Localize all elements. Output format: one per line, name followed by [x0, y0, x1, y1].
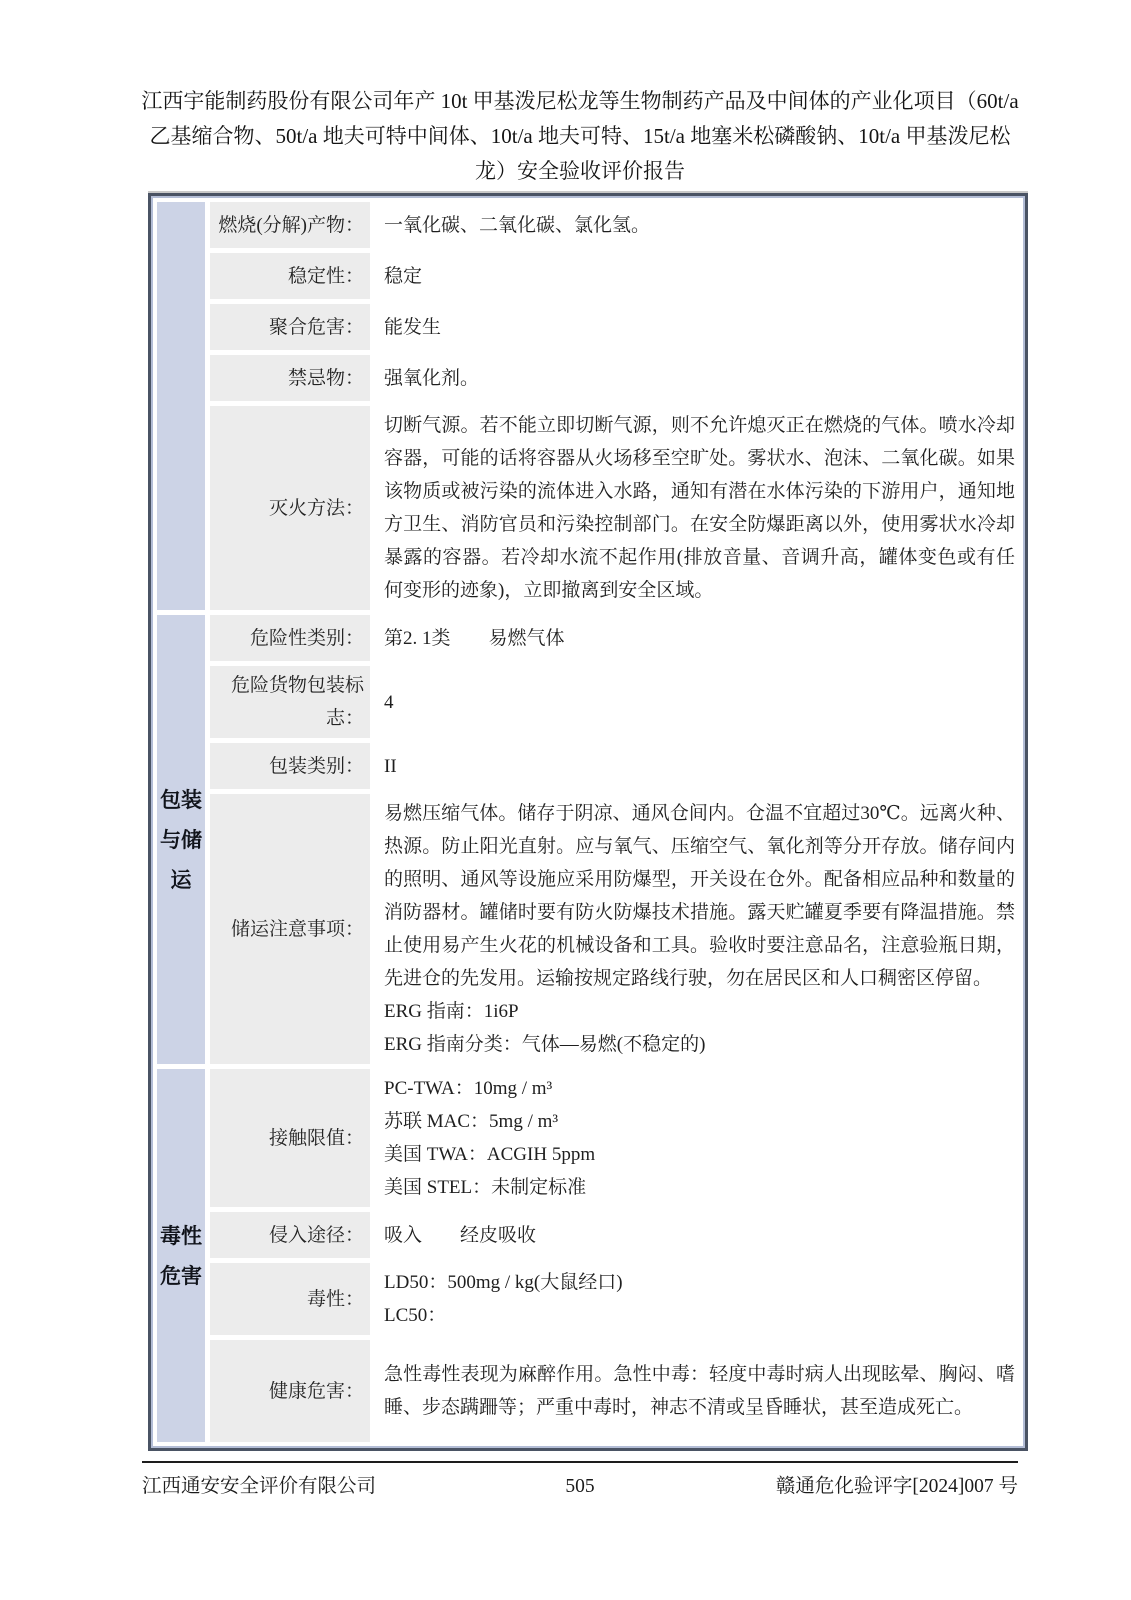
polymerization-hazard-label: 聚合危害：	[210, 304, 370, 350]
section-fire-reactivity-rows: 燃烧(分解)产物： 一氧化碳、二氧化碳、氯化氢。 稳定性： 稳定 聚合危害： 能…	[210, 202, 1019, 610]
section-toxicity-hazard-sidebar: 毒性危害	[157, 1069, 205, 1442]
exposure-limits-value: PC-TWA：10mg / m³ 苏联 MAC：5mg / m³ 美国 TWA：…	[375, 1069, 1019, 1207]
table-row-incompatibilities: 禁忌物： 强氧化剂。	[210, 355, 1019, 401]
fire-fighting-methods-value: 切断气源。若不能立即切断气源，则不允许熄灭正在燃烧的气体。喷水冷却容器，可能的话…	[375, 406, 1019, 610]
stability-value: 稳定	[375, 253, 1019, 299]
page-footer: 江西通安安全评价有限公司 505 赣通危化验评字[2024]007 号	[142, 1461, 1018, 1498]
table-row-polymerization-hazard: 聚合危害： 能发生	[210, 304, 1019, 350]
routes-of-entry-label: 侵入途径：	[210, 1212, 370, 1258]
section-packaging-storage-sidebar: 包装与储运	[157, 615, 205, 1064]
table-row-toxicity: 毒性： LD50：500mg / kg(大鼠经口) LC50：	[210, 1263, 1019, 1335]
storage-transport-notes-value: 易燃压缩气体。储存于阴凉、通风仓间内。仓温不宜超过30℃。远离火种、热源。防止阳…	[375, 794, 1019, 1064]
table-row-routes-of-entry: 侵入途径： 吸入 经皮吸收	[210, 1212, 1019, 1258]
health-hazards-value: 急性毒性表现为麻醉作用。急性中毒：轻度中毒时病人出现眩晕、胸闷、嗜睡、步态蹒跚等…	[375, 1340, 1019, 1442]
table-row-fire-fighting-methods: 灭火方法： 切断气源。若不能立即切断气源，则不允许熄灭正在燃烧的气体。喷水冷却容…	[210, 406, 1019, 610]
table-row-stability: 稳定性： 稳定	[210, 253, 1019, 299]
table-row-exposure-limits: 接触限值： PC-TWA：10mg / m³ 苏联 MAC：5mg / m³ 美…	[210, 1069, 1019, 1207]
packing-mark-value: 4	[375, 666, 1019, 738]
storage-transport-notes-label: 储运注意事项：	[210, 794, 370, 1064]
fire-fighting-methods-label: 灭火方法：	[210, 406, 370, 610]
packing-category-label: 包装类别：	[210, 743, 370, 789]
combustion-products-label: 燃烧(分解)产物：	[210, 202, 370, 248]
table-row-combustion-products: 燃烧(分解)产物： 一氧化碳、二氧化碳、氯化氢。	[210, 202, 1019, 248]
packing-mark-label: 危险货物包装标志：	[210, 666, 370, 738]
packing-category-value: II	[375, 743, 1019, 789]
toxicity-label: 毒性：	[210, 1263, 370, 1335]
stability-label: 稳定性：	[210, 253, 370, 299]
polymerization-hazard-value: 能发生	[375, 304, 1019, 350]
incompatibilities-label: 禁忌物：	[210, 355, 370, 401]
document-page: 江西宇能制药股份有限公司年产 10t 甲基泼尼松龙等生物制药产品及中间体的产业化…	[0, 0, 1131, 1600]
incompatibilities-value: 强氧化剂。	[375, 355, 1019, 401]
footer-doc-number: 赣通危化验评字[2024]007 号	[776, 1470, 1018, 1498]
section-packaging-storage: 包装与储运 危险性类别： 第2. 1类 易燃气体 危险货物包装标志： 4 包装类…	[157, 615, 1019, 1064]
combustion-products-value: 一氧化碳、二氧化碳、氯化氢。	[375, 202, 1019, 248]
footer-page-number: 505	[565, 1476, 594, 1498]
section-fire-reactivity-sidebar	[157, 202, 205, 610]
table-row-storage-transport-notes: 储运注意事项： 易燃压缩气体。储存于阴凉、通风仓间内。仓温不宜超过30℃。远离火…	[210, 794, 1019, 1064]
health-hazards-label: 健康危害：	[210, 1340, 370, 1442]
section-toxicity-hazard: 毒性危害 接触限值： PC-TWA：10mg / m³ 苏联 MAC：5mg /…	[157, 1069, 1019, 1442]
table-row-hazard-class: 危险性类别： 第2. 1类 易燃气体	[210, 615, 1019, 661]
routes-of-entry-value: 吸入 经皮吸收	[375, 1212, 1019, 1258]
exposure-limits-label: 接触限值：	[210, 1069, 370, 1207]
section-packaging-storage-rows: 危险性类别： 第2. 1类 易燃气体 危险货物包装标志： 4 包装类别： II …	[210, 615, 1019, 1064]
hazard-class-value: 第2. 1类 易燃气体	[375, 615, 1019, 661]
table-row-packing-category: 包装类别： II	[210, 743, 1019, 789]
table-row-packing-mark: 危险货物包装标志： 4	[210, 666, 1019, 738]
footer-company: 江西通安安全评价有限公司	[142, 1470, 565, 1498]
section-toxicity-hazard-rows: 接触限值： PC-TWA：10mg / m³ 苏联 MAC：5mg / m³ 美…	[210, 1069, 1019, 1442]
page-title: 江西宇能制药股份有限公司年产 10t 甲基泼尼松龙等生物制药产品及中间体的产业化…	[135, 0, 1025, 189]
toxicity-value: LD50：500mg / kg(大鼠经口) LC50：	[375, 1263, 1019, 1335]
hazard-class-label: 危险性类别：	[210, 615, 370, 661]
section-fire-reactivity: 燃烧(分解)产物： 一氧化碳、二氧化碳、氯化氢。 稳定性： 稳定 聚合危害： 能…	[157, 202, 1019, 610]
table-row-health-hazards: 健康危害： 急性毒性表现为麻醉作用。急性中毒：轻度中毒时病人出现眩晕、胸闷、嗜睡…	[210, 1340, 1019, 1442]
hazard-info-table: 燃烧(分解)产物： 一氧化碳、二氧化碳、氯化氢。 稳定性： 稳定 聚合危害： 能…	[148, 193, 1028, 1451]
